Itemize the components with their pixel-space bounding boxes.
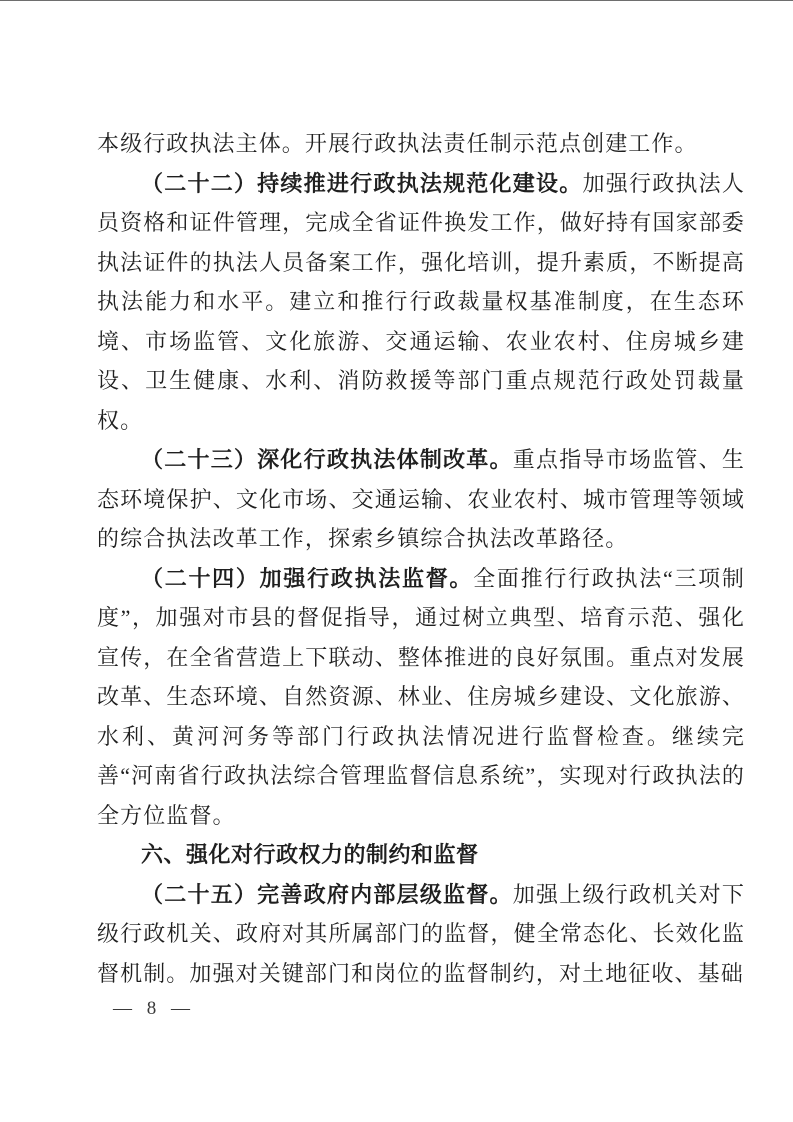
section-heading: 六、强化对行政权力的制约和监督 [97, 835, 745, 875]
page-number: — 8 — [113, 996, 191, 1022]
paragraph-24-lead: （二十四）加强行政执法监督。 [141, 566, 473, 591]
document-page: 本级行政执法主体。开展行政执法责任制示范点创建工作。 （二十二）持续推进行政执法… [0, 0, 793, 1122]
document-body: 本级行政执法主体。开展行政执法责任制示范点创建工作。 （二十二）持续推进行政执法… [97, 124, 745, 993]
paragraph-22: （二十二）持续推进行政执法规范化建设。加强行政执法人员资格和证件管理，完成全省证… [97, 164, 745, 441]
paragraph-23-lead: （二十三）深化行政执法体制改革。 [141, 447, 513, 472]
paragraph-24: （二十四）加强行政执法监督。全面推行行政执法“三项制度”，加强对市县的督促指导，… [97, 559, 745, 836]
paragraph-continuation: 本级行政执法主体。开展行政执法责任制示范点创建工作。 [97, 124, 745, 164]
paragraph-22-lead: （二十二）持续推进行政执法规范化建设。 [141, 171, 582, 196]
paragraph-22-body: 加强行政执法人员资格和证件管理，完成全省证件换发工作，做好持有国家部委执法证件的… [97, 171, 745, 433]
paragraph-23: （二十三）深化行政执法体制改革。重点指导市场监管、生态环境保护、文化市场、交通运… [97, 440, 745, 559]
paragraph-24-body: 全面推行行政执法“三项制度”，加强对市县的督促指导，通过树立典型、培育示范、强化… [97, 566, 745, 828]
paragraph-25: （二十五）完善政府内部层级监督。加强上级行政机关对下级行政机关、政府对其所属部门… [97, 875, 745, 994]
paragraph-25-lead: （二十五）完善政府内部层级监督。 [141, 882, 513, 907]
scan-edge-line [0, 0, 793, 1]
